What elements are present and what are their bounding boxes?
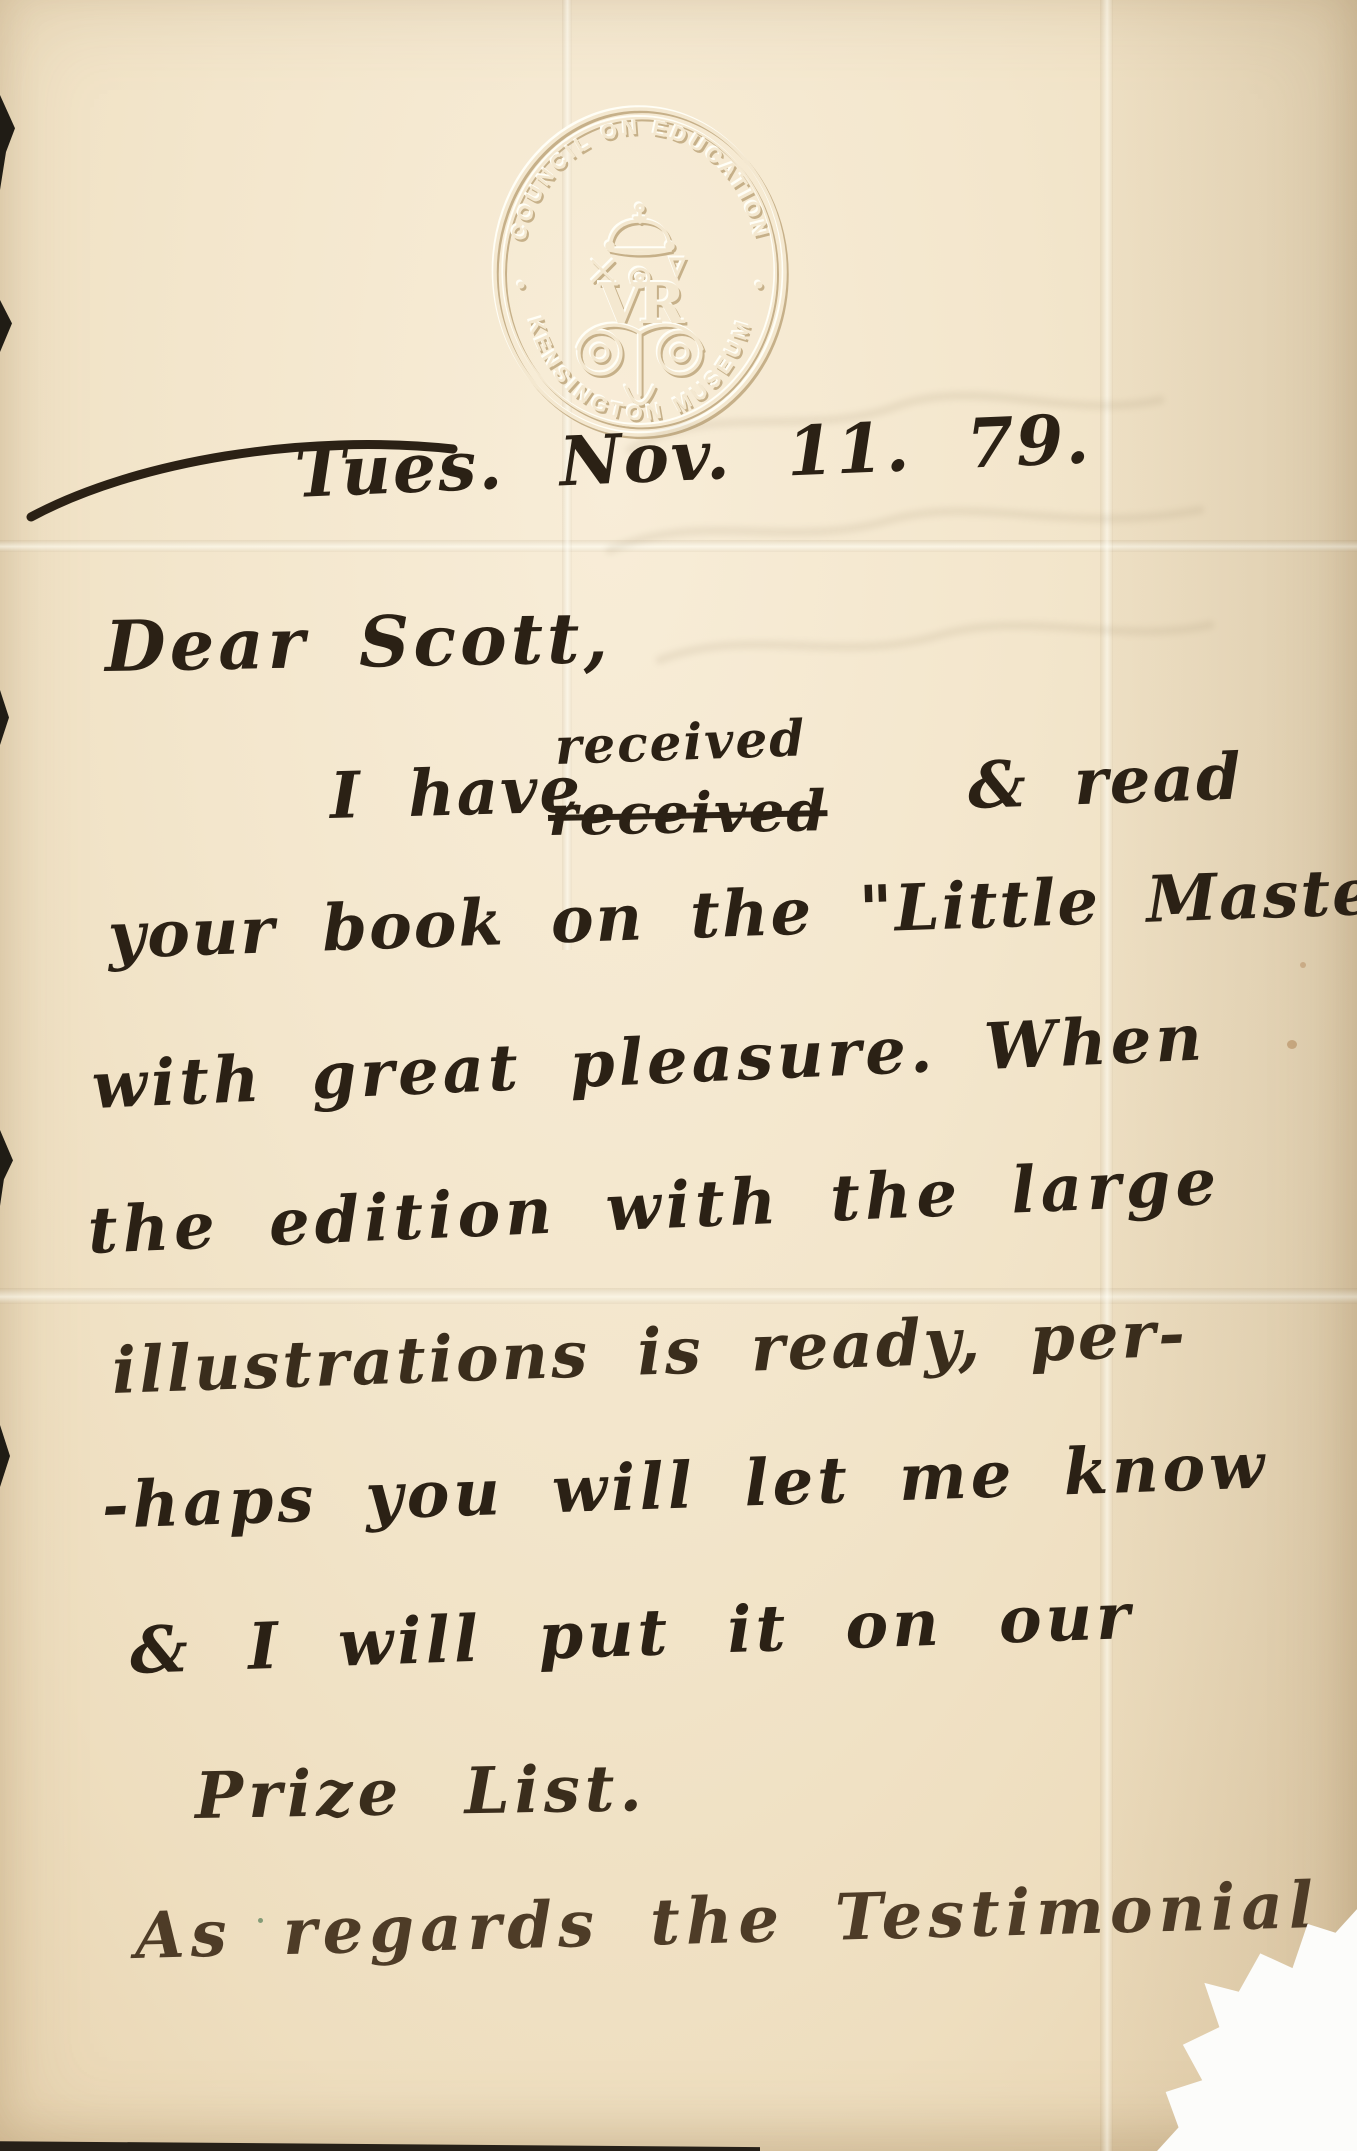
foxing-spot [1287, 1040, 1297, 1049]
body-line: -haps you will let me know [101, 1434, 1269, 1539]
body-line: the edition with the large [87, 1151, 1223, 1264]
body-line: As regards the Testimonial [134, 1874, 1320, 1969]
torn-edge-fragment [0, 300, 12, 352]
body-line: & I will put it on our [129, 1585, 1135, 1684]
body-line: your book on the "Little Masters" [107, 857, 1357, 969]
scan-bottom-edge [0, 2137, 760, 2151]
body-line-post-correction: & read [967, 745, 1244, 819]
torn-edge-fragment [0, 690, 9, 745]
body-line: illustrations is ready, per- [111, 1302, 1189, 1404]
inserted-word: received [554, 713, 807, 772]
struck-word: received [548, 783, 828, 844]
body-line-pre-correction: I have [329, 758, 583, 829]
torn-edge-fragment [0, 95, 15, 190]
salutation-line: Dear Scott, [104, 603, 612, 682]
torn-edge-fragment [0, 1130, 13, 1206]
body-line: with great pleasure. When [91, 1006, 1207, 1119]
letter-scan-page: COUNCIL ON EDUCATION KENSINGTON MUSEUM [0, 0, 1357, 2151]
torn-edge-fragment [0, 1425, 10, 1487]
foxing-spot [1300, 962, 1306, 968]
body-line: Prize List. [194, 1757, 647, 1829]
